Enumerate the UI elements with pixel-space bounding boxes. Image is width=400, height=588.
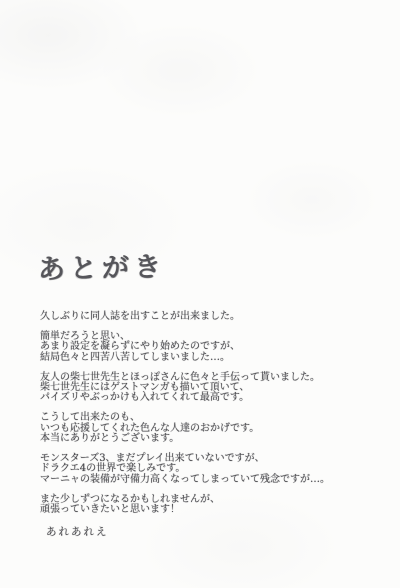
paragraph: 簡単だろうと思い、あまり設定を凝らずにやり始めたのですが、結局色々と四苦八苦して… xyxy=(40,332,385,363)
afterword-page: あとがき 久しぶりに同人誌を出すことが出来ました。簡単だろうと思い、あまり設定を… xyxy=(0,0,400,588)
paragraph: 久しぶりに同人誌を出すことが出来ました。 xyxy=(40,312,385,322)
paragraph: 友人の柴七世先生とほっぽさんに色々と手伝って貰いました。柴七世先生にはゲストマン… xyxy=(40,373,385,404)
author-signature: あれあれえ xyxy=(46,524,109,539)
afterword-text: 久しぶりに同人誌を出すことが出来ました。簡単だろうと思い、あまり設定を凝らずにや… xyxy=(40,312,385,525)
paragraph: また少しずつになるかもしれませんが、頑張っていきたいと思います！ xyxy=(40,495,385,516)
page-title: あとがき xyxy=(38,245,166,287)
paragraph: モンスターズ3、まだプレイ出来ていないですが、ドラクエ4の世界で楽しみです。マー… xyxy=(40,454,385,485)
paragraph: こうして出来たのも、いつも応援してくれた色んな人達のおかげです。本当にありがとう… xyxy=(40,413,385,444)
